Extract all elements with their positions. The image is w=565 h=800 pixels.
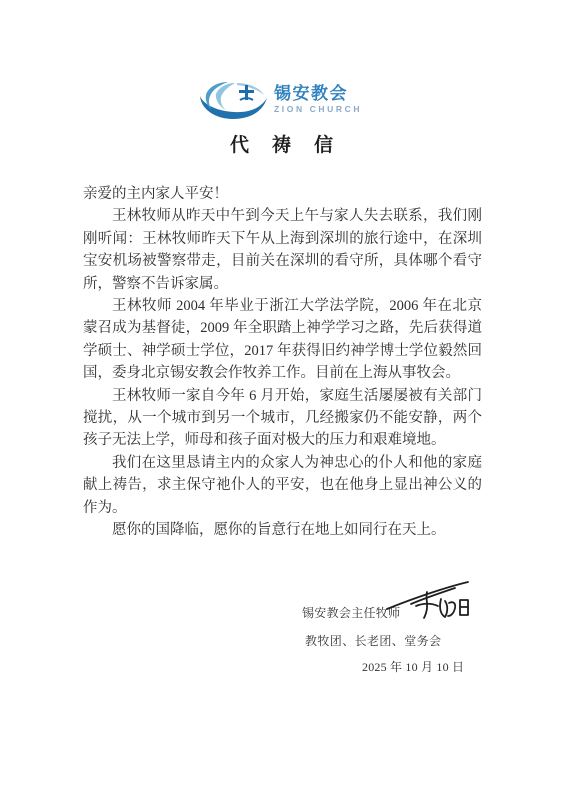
church-logo-text: 锡安教会 ZION CHURCH <box>274 81 362 114</box>
church-name-en: ZION CHURCH <box>274 104 362 114</box>
signer-groups: 教牧团、长老团、堂务会 <box>305 632 441 649</box>
zion-church-logo-icon <box>199 81 268 119</box>
church-logo: 锡安教会 ZION CHURCH <box>199 81 362 119</box>
paragraph-4: 我们在这里恳请主内的众家人为神忠心的仆人和他的家庭献上祷告，求主保守祂仆人的平安… <box>83 452 482 519</box>
letter-body: 亲爱的主内家人平安！ 王林牧师从昨天中午到今天上午与家人失去联系，我们刚刚听闻：… <box>83 183 482 542</box>
paragraph-1: 王林牧师从昨天中午到今天上午与家人失去联系，我们刚刚听闻：王林牧师昨天下午从上海… <box>83 205 482 295</box>
prayer-letter-page: 锡安教会 ZION CHURCH 代 祷 信 亲爱的主内家人平安！ 王林牧师从昨… <box>0 0 565 800</box>
paragraph-2: 王林牧师 2004 年毕业于浙江大学法学院，2006 年在北京蒙召成为基督徒，2… <box>83 295 482 385</box>
paragraph-5: 愿你的国降临，愿你的旨意行在地上如同行在天上。 <box>83 519 482 541</box>
greeting-line: 亲爱的主内家人平安！ <box>83 183 482 205</box>
church-name-zh: 锡安教会 <box>274 85 362 102</box>
document-title: 代 祷 信 <box>0 130 565 157</box>
letter-date: 2025 年 10 月 10 日 <box>362 658 464 675</box>
paragraph-3: 王林牧师一家自今年 6 月开始，家庭生活屡屡被有关部门搅扰，从一个城市到另一个城… <box>83 385 482 452</box>
handwritten-signature-icon <box>381 579 471 629</box>
